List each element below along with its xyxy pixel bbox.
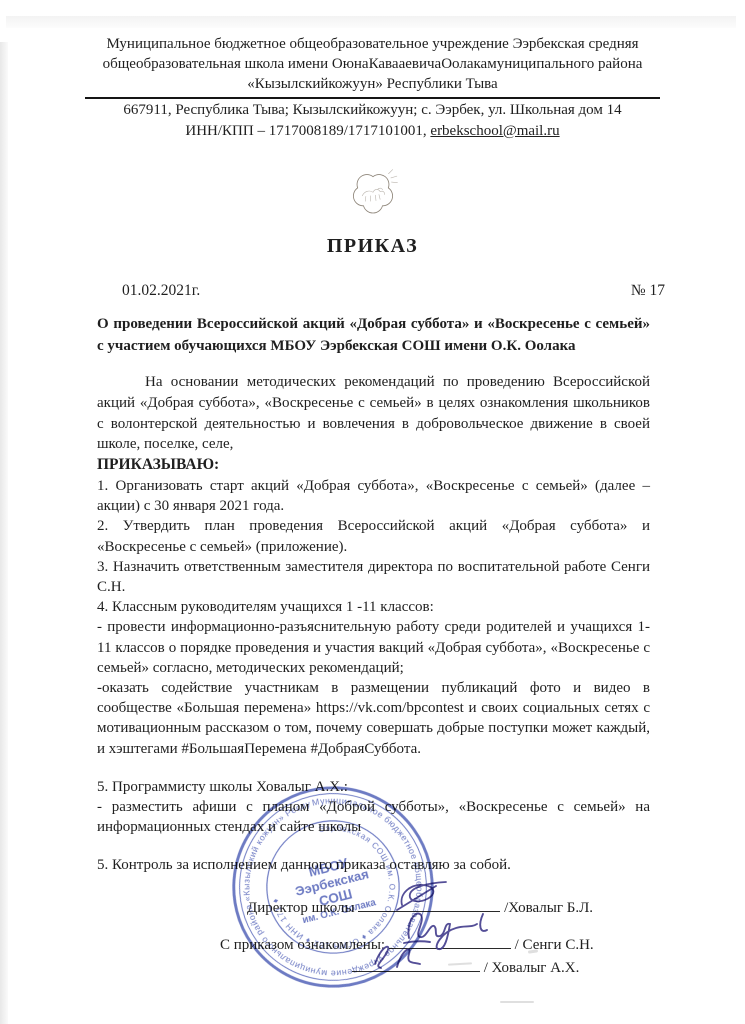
order-item-1: 2. Утвердить план проведения Всероссийск… [97, 516, 650, 556]
email-link[interactable]: erbekschool@mail.ru [430, 123, 559, 139]
contact-line: ИНН/КПП – 1717008189/1717101001, erbeksc… [53, 121, 693, 142]
acquainted-name-1: / Сенги С.Н. [515, 937, 594, 953]
letterhead-divider [85, 97, 660, 99]
doc-type-heading: ПРИКАЗ [0, 235, 745, 258]
order-item-4: - провести информационно-разъяснительную… [97, 617, 650, 678]
org-name-line: общеобразовательная школа имени ОюнаКава… [63, 54, 683, 74]
address-block: 667911, Республика Тыва; Кызылскийкожуун… [53, 100, 693, 141]
director-name: /Ховалыг Б.Л. [504, 900, 593, 916]
order-word: ПРИКАЗЫВАЮ: [97, 455, 650, 476]
scan-artifact-left [0, 42, 8, 1024]
date-number-row: 01.02.2021г. № 17 [122, 282, 665, 300]
doc-number: № 17 [631, 282, 665, 300]
inn-kpp-text: ИНН/КПП – 1717008189/1717101001, [185, 123, 430, 139]
scan-smudge [500, 1001, 534, 1003]
scan-artifact-top [6, 16, 736, 28]
order-item-0: 1. Организовать старт акций «Добрая субб… [97, 476, 650, 516]
org-name-line: «Кызылскийкожуун» Республики Тыва [63, 74, 683, 94]
org-name-block: Муниципальное бюджетное общеобразователь… [63, 34, 683, 94]
acquainted-name-2: / Ховалыг А.Х. [484, 960, 580, 976]
doc-date: 01.02.2021г. [122, 282, 200, 300]
school-emblem-flower-icon [343, 163, 403, 225]
address-line: 667911, Республика Тыва; Кызылскийкожуун… [53, 100, 693, 121]
order-item-3: 4. Классным руководителям учащихся 1 -11… [97, 597, 650, 617]
order-preamble: На основании методических рекомендаций п… [97, 372, 650, 455]
document-page: Муниципальное бюджетное общеобразователь… [0, 0, 745, 1024]
order-item-2: 3. Назначить ответственным заместителя д… [97, 557, 650, 597]
order-item-5: -оказать содействие участникам в размеще… [97, 678, 650, 759]
order-subject: О проведении Всероссийской акций «Добрая… [97, 313, 650, 357]
org-name-line: Муниципальное бюджетное общеобразователь… [63, 34, 683, 54]
